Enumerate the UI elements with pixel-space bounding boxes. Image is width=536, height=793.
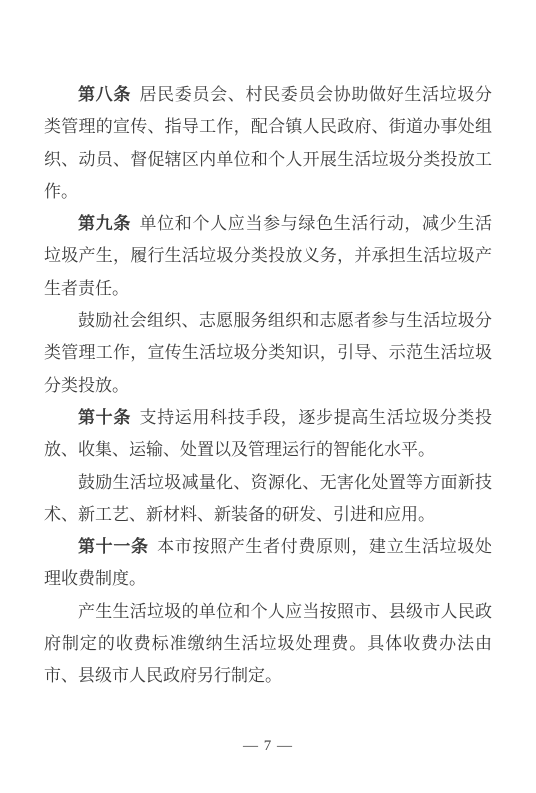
paragraph-text: 鼓励生活垃圾减量化、资源化、无害化处置等方面新技术、新工艺、新材料、新装备的研发…: [44, 473, 492, 524]
paragraph-article-9-supplement: 鼓励社会组织、志愿服务组织和志愿者参与生活垃圾分类管理工作，宣传生活垃圾分类知识…: [44, 305, 492, 402]
paragraph-article-11: 第十一条本市按照产生者付费原则，建立生活垃圾处理收费制度。: [44, 531, 492, 596]
article-number: 第九条: [78, 214, 131, 233]
paragraph-text: 鼓励社会组织、志愿服务组织和志愿者参与生活垃圾分类管理工作，宣传生活垃圾分类知识…: [44, 311, 492, 395]
document-body: 第八条居民委员会、村民委员会协助做好生活垃圾分类管理的宣传、指导工作，配合镇人民…: [44, 79, 492, 693]
paragraph-article-8: 第八条居民委员会、村民委员会协助做好生活垃圾分类管理的宣传、指导工作，配合镇人民…: [44, 79, 492, 208]
paragraph-article-11-supplement: 产生生活垃圾的单位和个人应当按照市、县级市人民政府制定的收费标准缴纳生活垃圾处理…: [44, 596, 492, 693]
paragraph-article-10-supplement: 鼓励生活垃圾减量化、资源化、无害化处置等方面新技术、新工艺、新材料、新装备的研发…: [44, 467, 492, 532]
paragraph-article-10: 第十条支持运用科技手段，逐步提高生活垃圾分类投放、收集、运输、处置以及管理运行的…: [44, 402, 492, 467]
document-page: 第八条居民委员会、村民委员会协助做好生活垃圾分类管理的宣传、指导工作，配合镇人民…: [0, 0, 536, 793]
article-number: 第十一条: [78, 537, 149, 556]
paragraph-text: 产生生活垃圾的单位和个人应当按照市、县级市人民政府制定的收费标准缴纳生活垃圾处理…: [44, 602, 492, 686]
article-number: 第十条: [78, 408, 131, 427]
page-number: — 7 —: [0, 738, 536, 755]
paragraph-article-9: 第九条单位和个人应当参与绿色生活行动，减少生活垃圾产生，履行生活垃圾分类投放义务…: [44, 208, 492, 305]
article-number: 第八条: [78, 85, 131, 104]
